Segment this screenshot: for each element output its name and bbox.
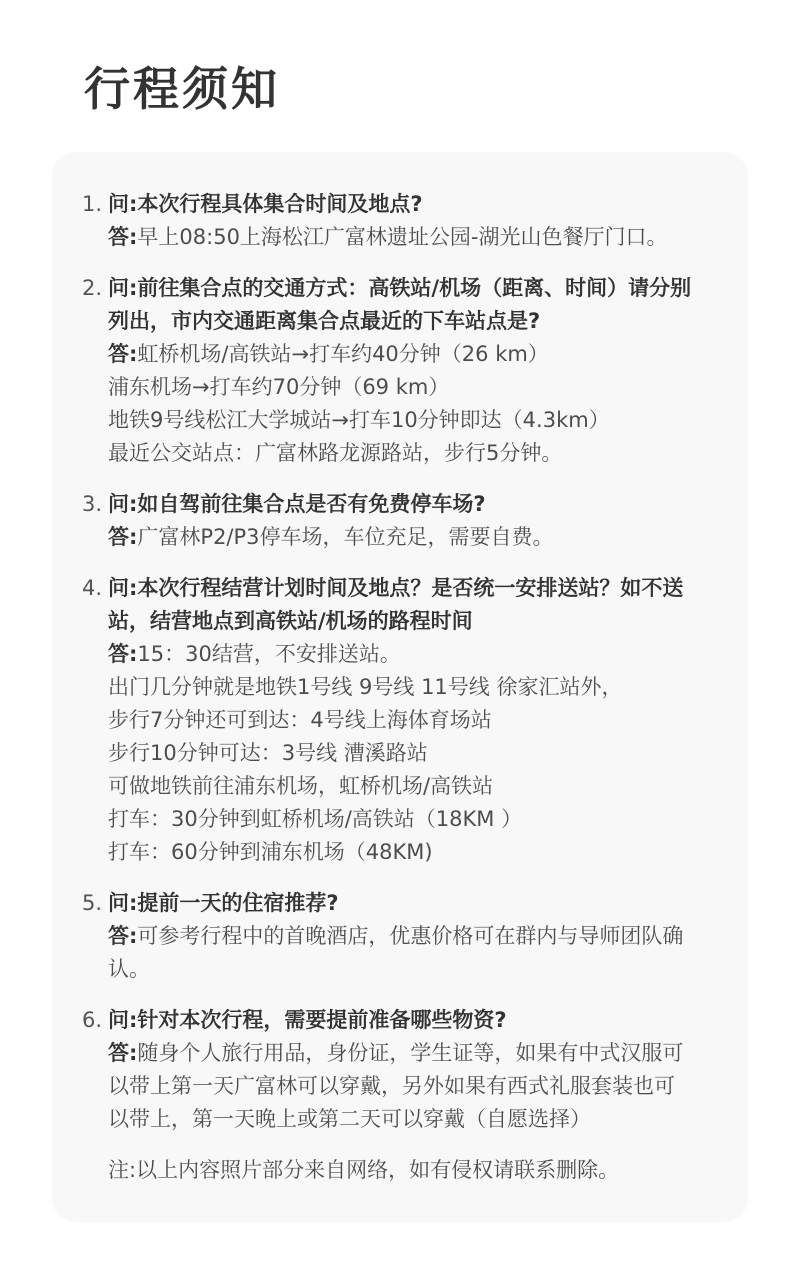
faq-question: 问:提前一天的住宿推荐? — [108, 887, 718, 920]
answer-label: 答: — [108, 342, 137, 366]
faq-item-body: 问:前往集合点的交通方式：高铁站/机场（距离、时间）请分别 列出，市内交通距离集… — [108, 272, 718, 470]
faq-item-body: 问:针对本次行程，需要提前准备哪些物资? 答:随身个人旅行用品，身份证，学生证等… — [108, 1004, 718, 1136]
faq-item-body: 问:如自驾前往集合点是否有免费停车场? 答:广富林P2/P3停车场，车位充足，需… — [108, 488, 718, 554]
question-label: 问: — [108, 192, 137, 216]
faq-item-number: 4. — [82, 572, 108, 869]
question-label: 问: — [108, 276, 137, 300]
question-text: 本次行程具体集合时间及地点? — [137, 192, 422, 216]
answer-label: 答: — [108, 225, 137, 249]
faq-item-number: 5. — [82, 887, 108, 986]
answer-label: 答: — [108, 642, 137, 666]
question-label: 问: — [108, 576, 137, 600]
faq-question: 问:如自驾前往集合点是否有免费停车场? — [108, 488, 718, 521]
faq-item-5: 5. 问:提前一天的住宿推荐? 答:可参考行程中的首晚酒店，优惠价格可在群内与导… — [82, 887, 718, 986]
disclaimer-note: 注:以上内容照片部分来自网络，如有侵权请联系删除。 — [108, 1154, 718, 1187]
faq-item-4: 4. 问:本次行程结营计划时间及地点？是否统一安排送站？如不送 站，结营地点到高… — [82, 572, 718, 869]
faq-item-body: 问:提前一天的住宿推荐? 答:可参考行程中的首晚酒店，优惠价格可在群内与导师团队… — [108, 887, 718, 986]
answer-label: 答: — [108, 525, 137, 549]
faq-answer: 答:随身个人旅行用品，身份证，学生证等，如果有中式汉服可 以带上第一天广富林可以… — [108, 1037, 718, 1136]
faq-answer: 答:广富林P2/P3停车场，车位充足，需要自费。 — [108, 521, 718, 554]
faq-item-number: 2. — [82, 272, 108, 470]
faq-item-number: 1. — [82, 188, 108, 254]
answer-text: 虹桥机场/高铁站→打车约40分钟（26 km） 浦东机场→打车约70分钟（69 … — [108, 342, 610, 465]
faq-item-3: 3. 问:如自驾前往集合点是否有免费停车场? 答:广富林P2/P3停车场，车位充… — [82, 488, 718, 554]
answer-text: 广富林P2/P3停车场，车位充足，需要自费。 — [137, 525, 553, 549]
faq-item-body: 问:本次行程结营计划时间及地点？是否统一安排送站？如不送 站，结营地点到高铁站/… — [108, 572, 718, 869]
answer-text: 早上08:50上海松江广富林遗址公园-湖光山色餐厅门口。 — [137, 225, 667, 249]
page-title: 行程须知 — [84, 58, 280, 120]
question-label: 问: — [108, 492, 137, 516]
faq-card: 1. 问:本次行程具体集合时间及地点? 答:早上08:50上海松江广富林遗址公园… — [52, 152, 748, 1222]
question-text: 如自驾前往集合点是否有免费停车场? — [137, 492, 485, 516]
faq-answer: 答:可参考行程中的首晚酒店，优惠价格可在群内与导师团队确 认。 — [108, 920, 718, 986]
question-text: 提前一天的住宿推荐? — [137, 891, 338, 915]
faq-answer: 答:15：30结营，不安排送站。 出门几分钟就是地铁1号线 9号线 11号线 徐… — [108, 638, 718, 869]
question-text: 本次行程结营计划时间及地点？是否统一安排送站？如不送 站，结营地点到高铁站/机场… — [108, 576, 683, 633]
faq-item-number: 6. — [82, 1004, 108, 1136]
question-label: 问: — [108, 891, 137, 915]
question-label: 问: — [108, 1008, 137, 1032]
answer-text: 可参考行程中的首晚酒店，优惠价格可在群内与导师团队确 认。 — [108, 924, 683, 981]
faq-answer: 答:早上08:50上海松江广富林遗址公园-湖光山色餐厅门口。 — [108, 221, 718, 254]
faq-answer: 答:虹桥机场/高铁站→打车约40分钟（26 km） 浦东机场→打车约70分钟（6… — [108, 338, 718, 470]
answer-label: 答: — [108, 924, 137, 948]
faq-item-2: 2. 问:前往集合点的交通方式：高铁站/机场（距离、时间）请分别 列出，市内交通… — [82, 272, 718, 470]
faq-item-6: 6. 问:针对本次行程，需要提前准备哪些物资? 答:随身个人旅行用品，身份证，学… — [82, 1004, 718, 1136]
faq-item-1: 1. 问:本次行程具体集合时间及地点? 答:早上08:50上海松江广富林遗址公园… — [82, 188, 718, 254]
faq-item-body: 问:本次行程具体集合时间及地点? 答:早上08:50上海松江广富林遗址公园-湖光… — [108, 188, 718, 254]
question-text: 针对本次行程，需要提前准备哪些物资? — [137, 1008, 506, 1032]
faq-item-number: 3. — [82, 488, 108, 554]
faq-question: 问:前往集合点的交通方式：高铁站/机场（距离、时间）请分别 列出，市内交通距离集… — [108, 272, 718, 338]
faq-question: 问:针对本次行程，需要提前准备哪些物资? — [108, 1004, 718, 1037]
faq-question: 问:本次行程具体集合时间及地点? — [108, 188, 718, 221]
faq-question: 问:本次行程结营计划时间及地点？是否统一安排送站？如不送 站，结营地点到高铁站/… — [108, 572, 718, 638]
question-text: 前往集合点的交通方式：高铁站/机场（距离、时间）请分别 列出，市内交通距离集合点… — [108, 276, 691, 333]
answer-text: 随身个人旅行用品，身份证，学生证等，如果有中式汉服可 以带上第一天广富林可以穿戴… — [108, 1041, 683, 1131]
answer-text: 15：30结营，不安排送站。 出门几分钟就是地铁1号线 9号线 11号线 徐家汇… — [108, 642, 622, 864]
answer-label: 答: — [108, 1041, 137, 1065]
